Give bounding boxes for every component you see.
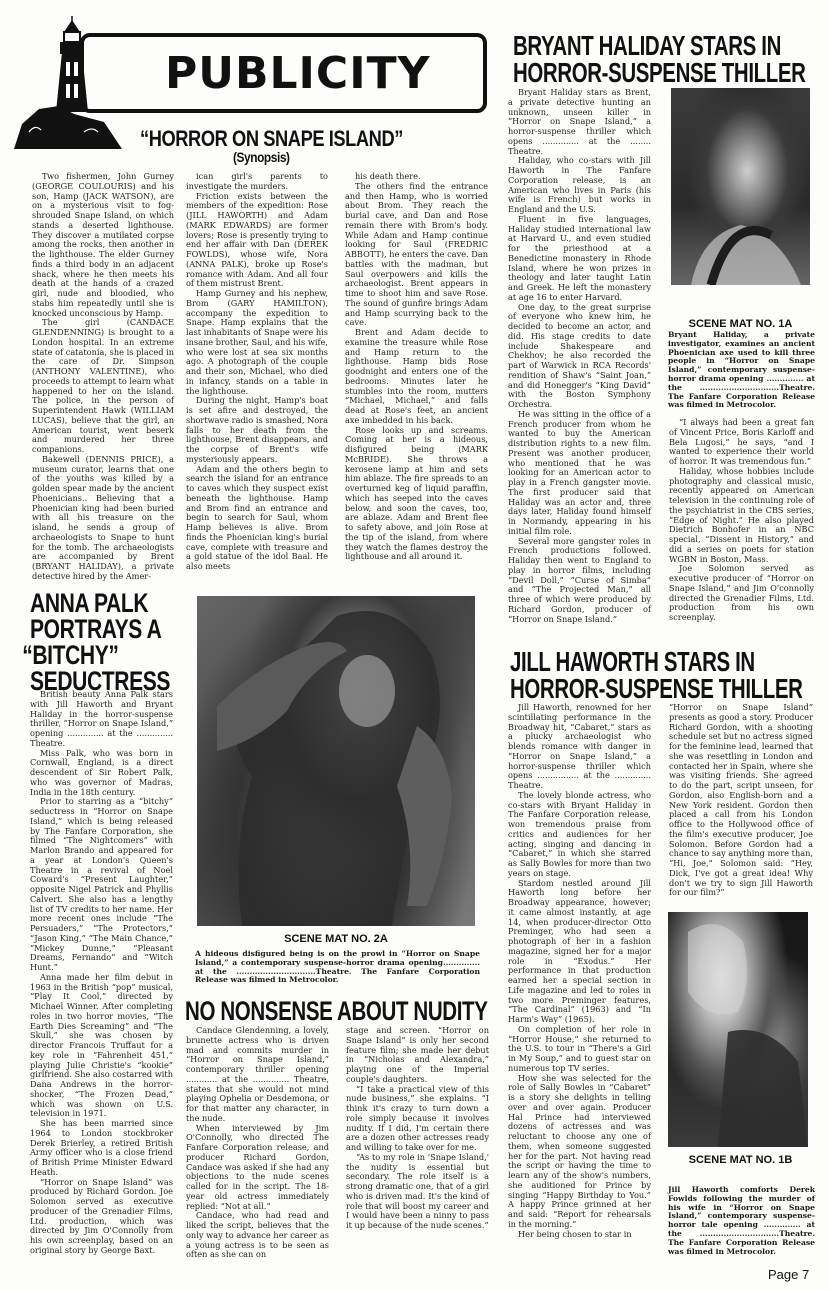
scene-mat-1a-photo [671,88,810,285]
synopsis-col-3: his death there. The others find the ent… [345,172,488,562]
haworth-headline: JILL HAWORTH STARS IN HORROR-SUSPENSE TH… [510,648,803,702]
scene-mat-1a-caption: Bryant Haliday, a private investigator, … [668,331,815,410]
scene-mat-1b-label: SCENE MAT NO. 1B [668,1154,813,1166]
scene-mat-1a-label: SCENE MAT NO. 1A [668,318,813,330]
haliday-col-2: “I always had been a great fan of Vincen… [669,418,814,623]
haworth-col-1: Jill Haworth, renowned for her scintilla… [508,703,651,1239]
haworth-portrait-icon [668,912,808,1147]
creature-silhouette-icon [197,596,475,926]
nudity-headline: NO NONSENSE ABOUT NUDITY [185,996,488,1027]
scene-mat-2a-photo [197,596,475,926]
haliday-portrait-icon [671,88,810,285]
scene-mat-2a-label: SCENE MAT NO. 2A [197,933,475,945]
synopsis-col-2: ican girl's parents to investigate the m… [186,172,328,572]
synopsis-col-1: Two fishermen, John Gurney (GEORGE COULO… [32,172,174,582]
scene-mat-1b-caption: Jill Haworth comforts Derek Fowlds follo… [668,1186,815,1256]
masthead-title: PUBLICITY [165,48,430,99]
haworth-col-2: “Horror on Snape Island” presents as goo… [669,703,813,898]
synopsis-subhead: (Synopsis) [233,149,290,165]
haliday-headline: BRYANT HALIDAY STARS IN HORROR-SUSPENSE … [513,32,806,86]
haliday-col-1: Bryant Haliday stars as Brent, a private… [508,88,651,624]
nudity-col-1: Candace Glendenning, a lovely, brunette … [186,1026,329,1260]
page-number: Page 7 [768,1267,809,1282]
scene-mat-2a-caption: A hideous disfigured being is on the pro… [195,950,480,985]
scene-mat-1b-photo [668,912,808,1147]
anna-palk-headline: ANNA PALK PORTRAYS A “BITCHY” SEDUCTRESS [30,590,170,694]
anna-palk-article: British beauty Anna Palk stars with Jill… [30,690,173,1256]
nudity-col-2: stage and screen. “Horror on Snape Islan… [346,1026,489,1231]
